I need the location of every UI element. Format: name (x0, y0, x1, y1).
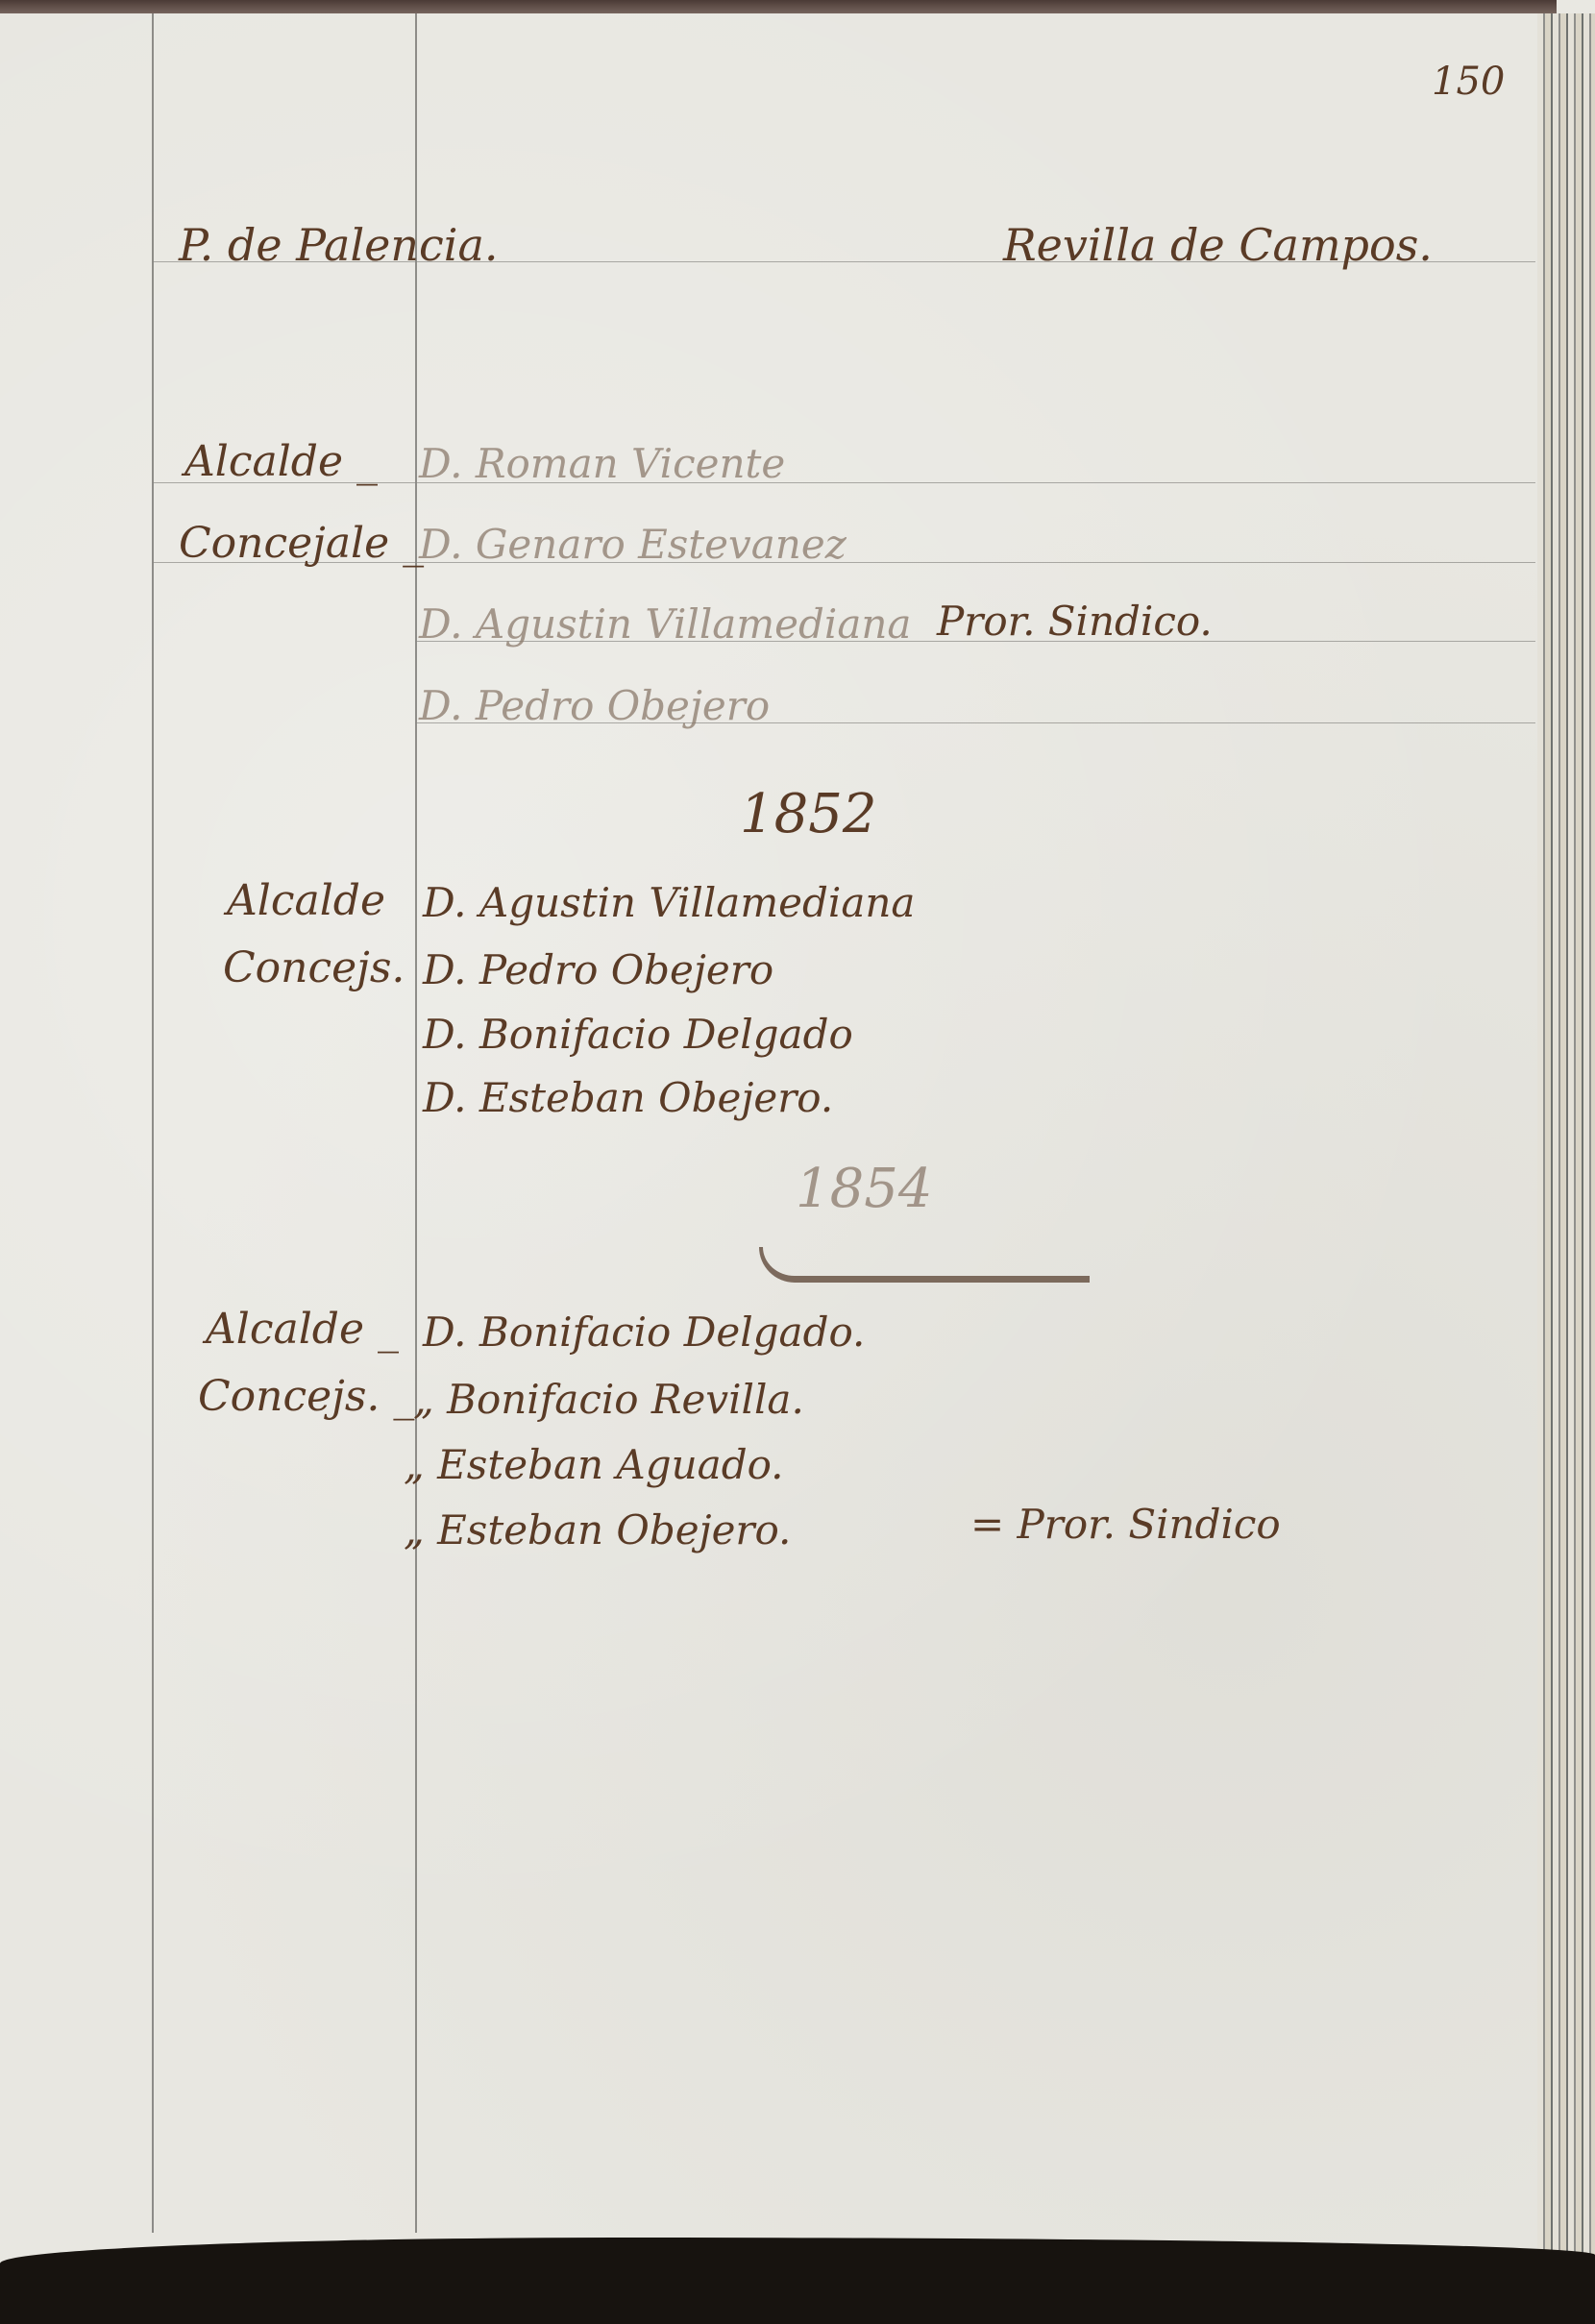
office-label: Alcalde (227, 876, 385, 925)
member-name: „ Bonifacio Revilla. (413, 1376, 804, 1423)
member-name: „ Esteban Obejero. (404, 1506, 791, 1553)
year-flourish (759, 1247, 1090, 1283)
member-name: D. Bonifacio Delgado (423, 1011, 853, 1058)
office-column-rule (415, 13, 417, 2233)
member-name: D. Agustin Villamediana (423, 879, 915, 926)
town-heading: Revilla de Campos. (1003, 219, 1433, 271)
member-note: = Pror. Sindico (970, 1501, 1281, 1548)
left-margin-rule (152, 13, 154, 2233)
member-name: D. Pedro Obejero (423, 946, 773, 993)
ledger-page (0, 13, 1537, 2271)
member-name: D. Agustin Villamediana (419, 600, 911, 648)
year-heading-1852: 1852 (740, 783, 877, 845)
year-heading-1854: 1854 (796, 1158, 933, 1220)
member-name: D. Esteban Obejero. (423, 1074, 833, 1121)
bottom-shadow (0, 2238, 1595, 2324)
office-label: Concejs. _ (198, 1372, 414, 1421)
member-name: D. Pedro Obejero (419, 682, 770, 729)
province-heading: P. de Palencia. (179, 219, 499, 271)
member-note: Pror. Sindico. (937, 598, 1213, 645)
office-label: Concejs. (223, 943, 405, 992)
folio-number: 150 (1432, 60, 1505, 104)
office-label: Alcalde _ (206, 1305, 399, 1354)
member-name: D. Bonifacio Delgado. (423, 1309, 865, 1356)
page-stack-edge (1537, 13, 1595, 2281)
member-name: D. Genaro Estevanez (419, 521, 847, 568)
office-label: Concejale _ (179, 519, 424, 568)
member-name: „ Esteban Aguado. (404, 1441, 783, 1488)
member-name: D. Roman Vicente (419, 440, 785, 487)
office-label: Alcalde _ (184, 437, 378, 486)
